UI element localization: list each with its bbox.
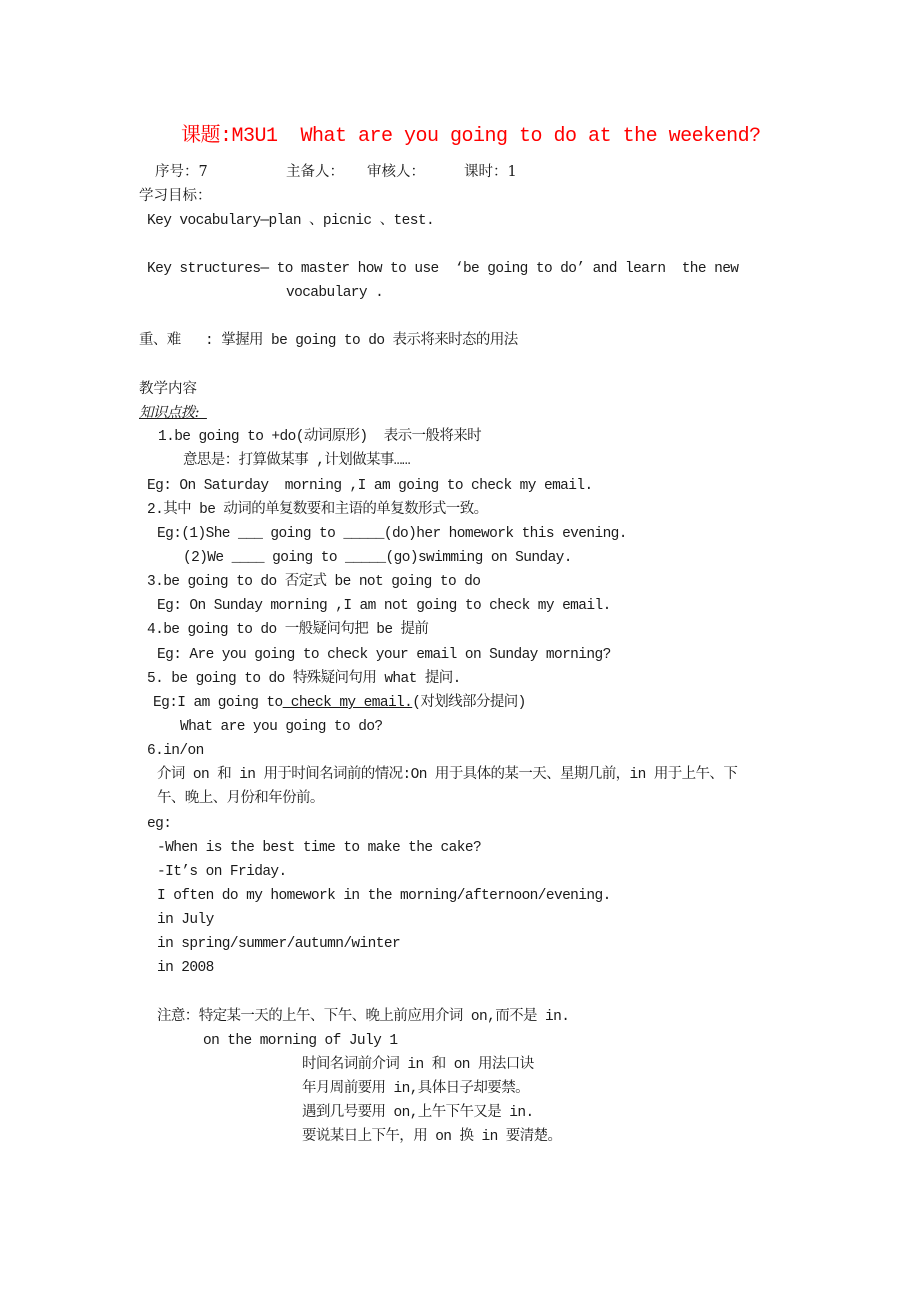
point-5-answer: What are you going to do? — [180, 717, 383, 737]
serial-number: 序号：7 — [155, 162, 208, 182]
example-line: in spring/summer/autumn/winter — [157, 934, 400, 954]
rhyme-line: 遇到几号要用 on,上午下午又是 in. — [302, 1103, 534, 1123]
example-line: in July — [157, 910, 214, 930]
point-5-example-prefix: Eg:I am going to — [153, 695, 283, 711]
point-3: 3.be going to do 否定式 be not going to do — [147, 572, 480, 592]
point-6: 6.in/on — [147, 741, 204, 761]
content-heading: 教学内容 — [139, 379, 197, 399]
point-5-example-suffix: (对划线部分提问) — [412, 695, 526, 711]
point-5-example: Eg:I am going to check my email.(对划线部分提问… — [153, 693, 526, 713]
example-line: in 2008 — [157, 958, 214, 978]
document-page: 课题:M3U1 What are you going to do at the … — [0, 0, 920, 1302]
point-1: 1.be going to +do(动词原形) 表示一般将来时 — [158, 427, 481, 447]
key-structures-line2: vocabulary . — [286, 283, 383, 303]
objectives-heading: 学习目标： — [139, 186, 212, 206]
point-1-example: Eg: On Saturday morning ,I am going to c… — [147, 476, 593, 496]
knowledge-heading: 知识点拨: — [139, 403, 207, 423]
point-2: 2.其中 be 动词的单复数要和主语的单复数形式一致。 — [147, 500, 488, 520]
point-6-explanation-line2: 午、晚上、月份和年份前。 — [157, 789, 324, 809]
point-1-meaning: 意思是：打算做某事 ,计划做某事…… — [183, 451, 410, 471]
lesson-title: 课题:M3U1 What are you going to do at the … — [181, 123, 761, 151]
key-difficulty: 重、难 : 掌握用 be going to do 表示将来时态的用法 — [139, 331, 518, 351]
note: 注意：特定某一天的上午、下午、晚上前应用介词 on,而不是 in. — [157, 1007, 569, 1027]
example-line: I often do my homework in the morning/af… — [157, 886, 611, 906]
point-2-example-2: (2)We ____ going to _____(go)swimming on… — [183, 548, 572, 568]
reviewer-label: 审核人： — [367, 162, 425, 182]
example-line: -When is the best time to make the cake? — [157, 838, 481, 858]
rhyme-line: 要说某日上下午，用 on 换 in 要清楚。 — [302, 1127, 561, 1147]
point-5-example-underlined: check my email. — [283, 695, 413, 711]
point-2-example-1: Eg:(1)She ___ going to _____(do)her home… — [157, 524, 627, 544]
point-6-explanation-line1: 介词 on 和 in 用于时间名词前的情况:On 用于具体的某一天、星期几前，i… — [157, 765, 737, 785]
eg-label: eg: — [147, 814, 171, 834]
example-line: -It’s on Friday. — [157, 862, 287, 882]
period-label: 课时：1 — [464, 162, 517, 182]
key-vocabulary: Key vocabulary—plan 、picnic 、test. — [147, 211, 434, 231]
key-structures-line1: Key structures— to master how to use ‘be… — [147, 259, 738, 279]
point-5: 5. be going to do 特殊疑问句用 what 提问. — [147, 669, 461, 689]
rhyme-line: 时间名词前介词 in 和 on 用法口诀 — [302, 1055, 534, 1075]
preparer-label: 主备人： — [286, 162, 344, 182]
note-example: on the morning of July 1 — [203, 1031, 397, 1051]
rhyme-line: 年月周前要用 in,具体日子却要禁。 — [302, 1079, 529, 1099]
point-4: 4.be going to do 一般疑问句把 be 提前 — [147, 620, 428, 640]
point-3-example: Eg: On Sunday morning ,I am not going to… — [157, 596, 611, 616]
point-4-example: Eg: Are you going to check your email on… — [157, 645, 611, 665]
